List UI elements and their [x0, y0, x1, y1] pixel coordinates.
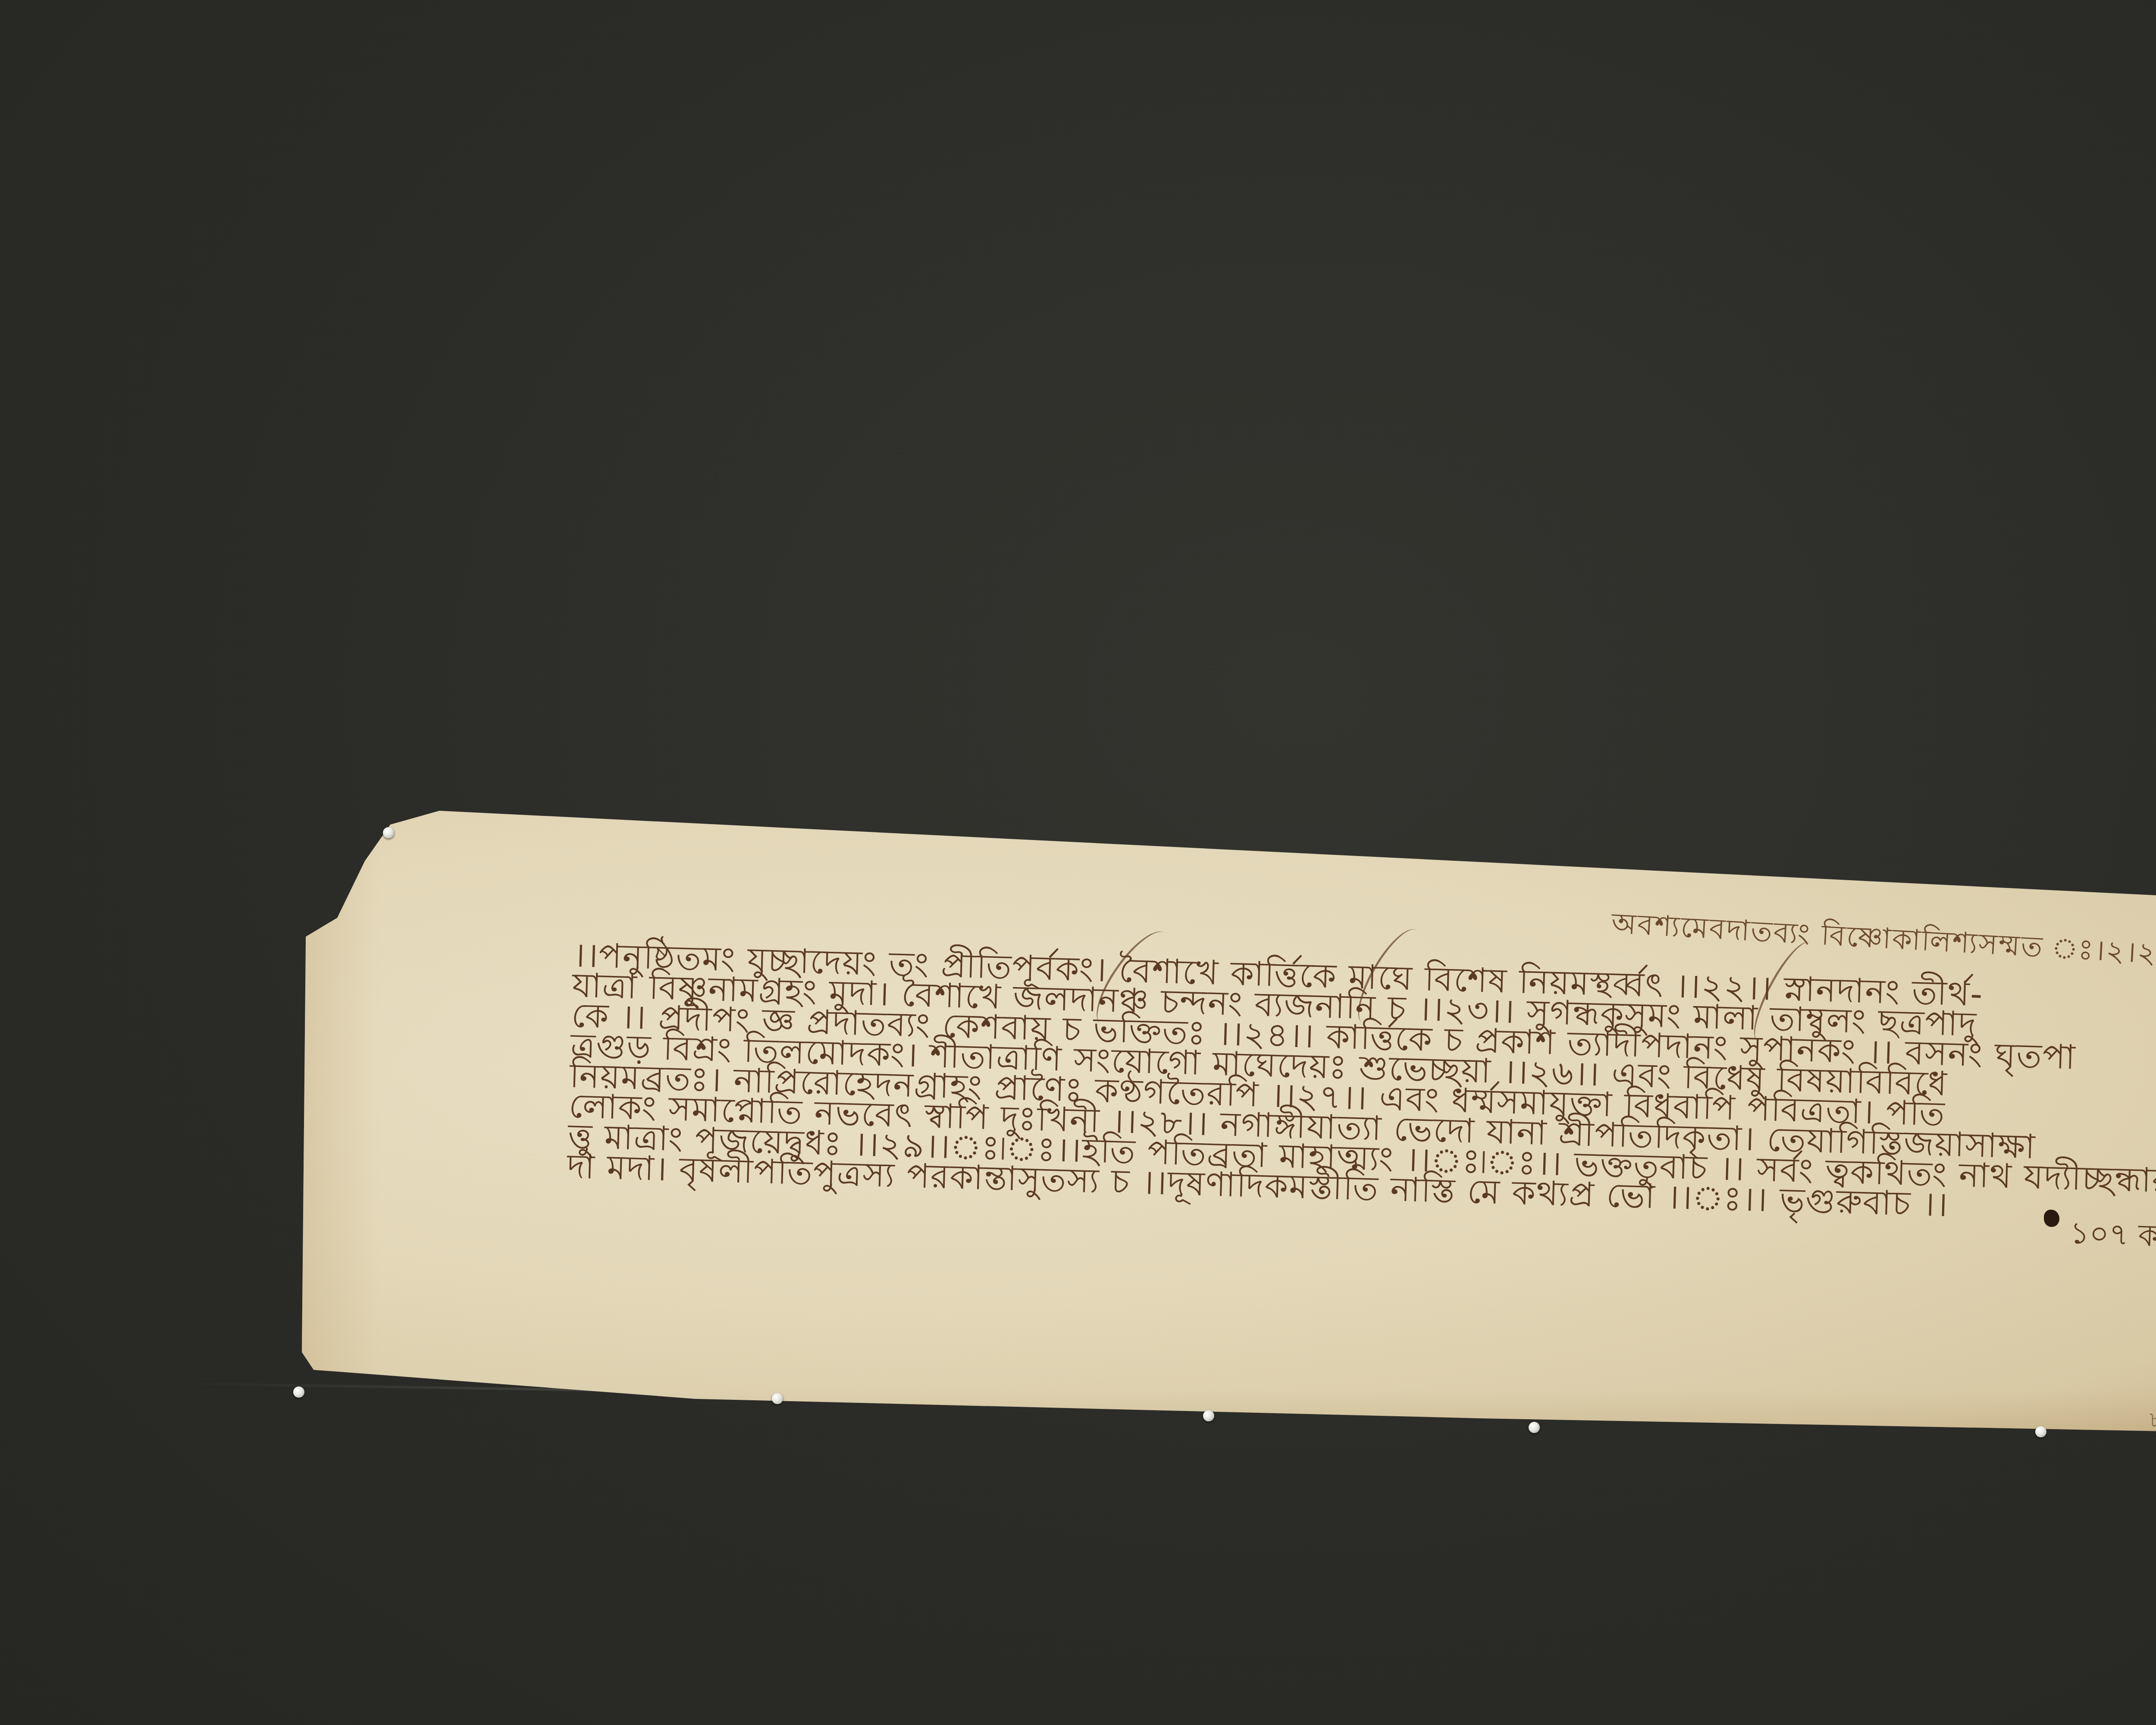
mounting-pin: [1529, 1422, 1540, 1433]
mounting-pin: [293, 1386, 304, 1398]
mounting-pin: [2035, 1426, 2046, 1437]
mounting-pin: [772, 1393, 783, 1404]
ink-blot: [2044, 1210, 2059, 1227]
mounting-pin: [1203, 1410, 1214, 1421]
shelf-mark-number: ৮২।১।৭: [2150, 1404, 2156, 1440]
mounting-pin: [383, 827, 394, 838]
margin-folio-note: ১০৭ কর্ম্মবি: [2069, 1209, 2156, 1264]
manuscript-text-block: ।।পনুষ্ঠিতমং যুচ্ছাদেয়ং তং প্রীতিপূর্বক…: [567, 940, 2156, 1226]
